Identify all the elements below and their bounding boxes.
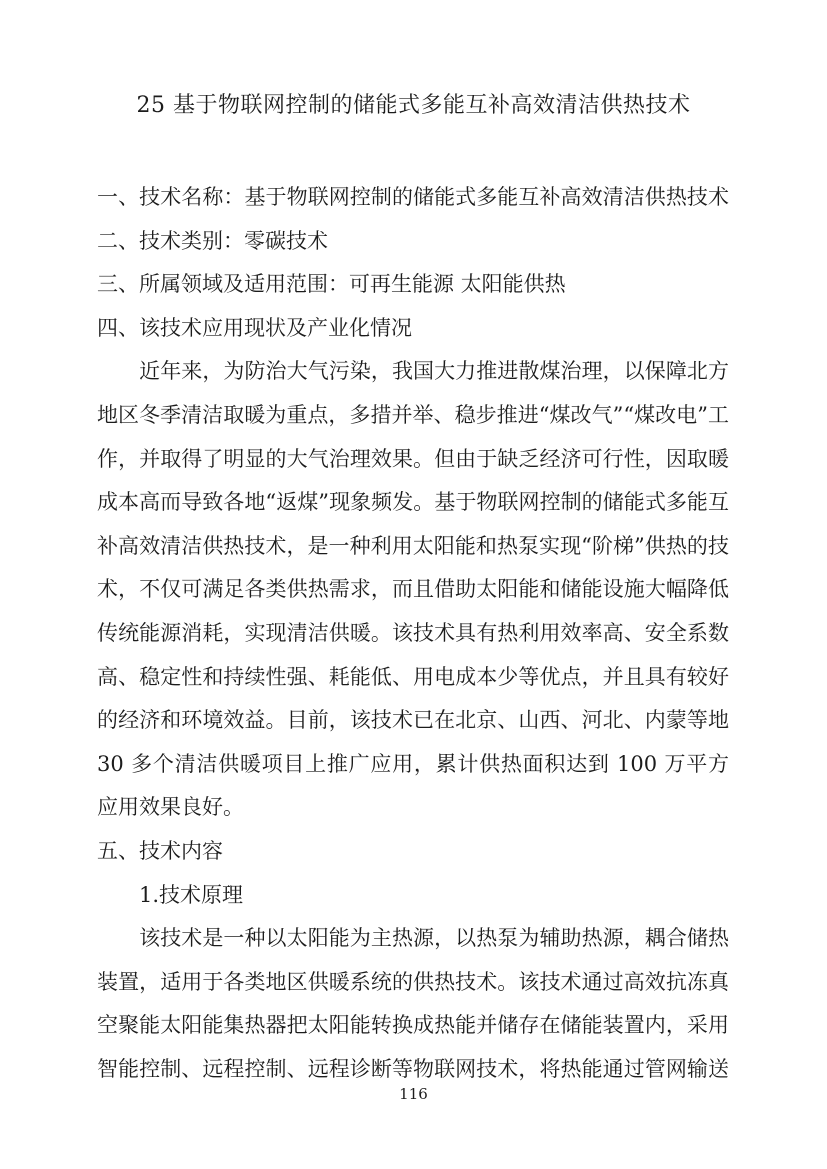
paragraph-line: 传统能源消耗，实现清洁供暖。该技术具有热利用效率高、安全系数 — [97, 612, 729, 656]
paragraph-line: 空聚能太阳能集热器把太阳能转换成热能并储存在储能装置内，采用 — [97, 1004, 729, 1048]
paragraph-line: 地区冬季清洁取暖为重点，多措并举、稳步推进“煤改气”“煤改电”工 — [97, 394, 729, 438]
paragraph-line: 近年来，为防治大气污染，我国大力推进散煤治理，以保障北方 — [97, 350, 729, 394]
paragraph-line: 该技术是一种以太阳能为主热源，以热泵为辅助热源，耦合储热 — [97, 917, 729, 961]
section-heading: 一、技术名称：基于物联网控制的储能式多能互补高效清洁供热技术 — [97, 176, 729, 220]
paragraph-line: 术，不仅可满足各类供热需求，而且借助太阳能和储能设施大幅降低 — [97, 568, 729, 612]
section-heading: 四、该技术应用现状及产业化情况 — [97, 307, 729, 351]
document-title: 25 基于物联网控制的储能式多能互补高效清洁供热技术 — [0, 90, 827, 122]
sub-heading: 1.技术原理 — [97, 874, 729, 918]
page-number: 116 — [0, 1084, 827, 1104]
document-page: 25 基于物联网控制的储能式多能互补高效清洁供热技术 一、技术名称：基于物联网控… — [0, 0, 827, 1169]
paragraph-line: 装置，适用于各类地区供暖系统的供热技术。该技术通过高效抗冻真 — [97, 961, 729, 1005]
paragraph-line: 的经济和环境效益。目前，该技术已在北京、山西、河北、内蒙等地 — [97, 699, 729, 743]
paragraph-line: 30 多个清洁供暖项目上推广应用，累计供热面积达到 100 万平方米， — [97, 743, 729, 787]
paragraph-line: 作，并取得了明显的大气治理效果。但由于缺乏经济可行性，因取暖 — [97, 438, 729, 482]
section-heading: 三、所属领域及适用范围：可再生能源 太阳能供热 — [97, 263, 729, 307]
paragraph-line: 成本高而导致各地“返煤”现象频发。基于物联网控制的储能式多能互 — [97, 481, 729, 525]
paragraph-line: 补高效清洁供热技术，是一种利用太阳能和热泵实现“阶梯”供热的技 — [97, 525, 729, 569]
document-body: 一、技术名称：基于物联网控制的储能式多能互补高效清洁供热技术二、技术类别：零碳技… — [97, 176, 729, 1091]
paragraph-line: 应用效果良好。 — [97, 786, 729, 830]
section-heading: 五、技术内容 — [97, 830, 729, 874]
section-heading: 二、技术类别：零碳技术 — [97, 220, 729, 264]
paragraph-line: 高、稳定性和持续性强、耗能低、用电成本少等优点，并且具有较好 — [97, 656, 729, 700]
